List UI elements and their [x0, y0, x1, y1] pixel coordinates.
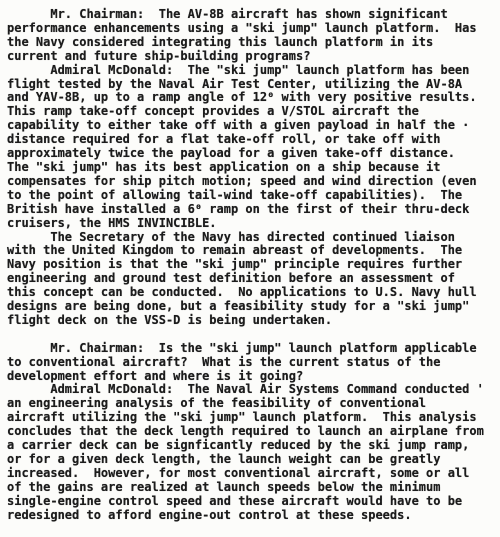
question-paragraph-1: Mr. Chairman: The AV-8B aircraft has sho… — [7, 8, 496, 64]
answer-paragraph-3: Admiral McDonald: The Naval Air Systems … — [7, 383, 496, 522]
answer-paragraph-1: Admiral McDonald: The "ski jump" launch … — [7, 64, 496, 231]
question-paragraph-2: Mr. Chairman: Is the "ski jump" launch p… — [7, 342, 496, 384]
document-page: Mr. Chairman: The AV-8B aircraft has sho… — [0, 0, 500, 537]
answer-paragraph-2: The Secretary of the Navy has directed c… — [7, 231, 496, 328]
paragraph-gap — [7, 328, 496, 342]
